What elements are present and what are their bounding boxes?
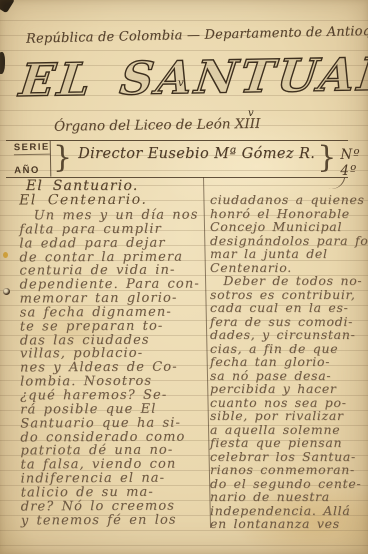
page-vignette: [0, 0, 368, 554]
